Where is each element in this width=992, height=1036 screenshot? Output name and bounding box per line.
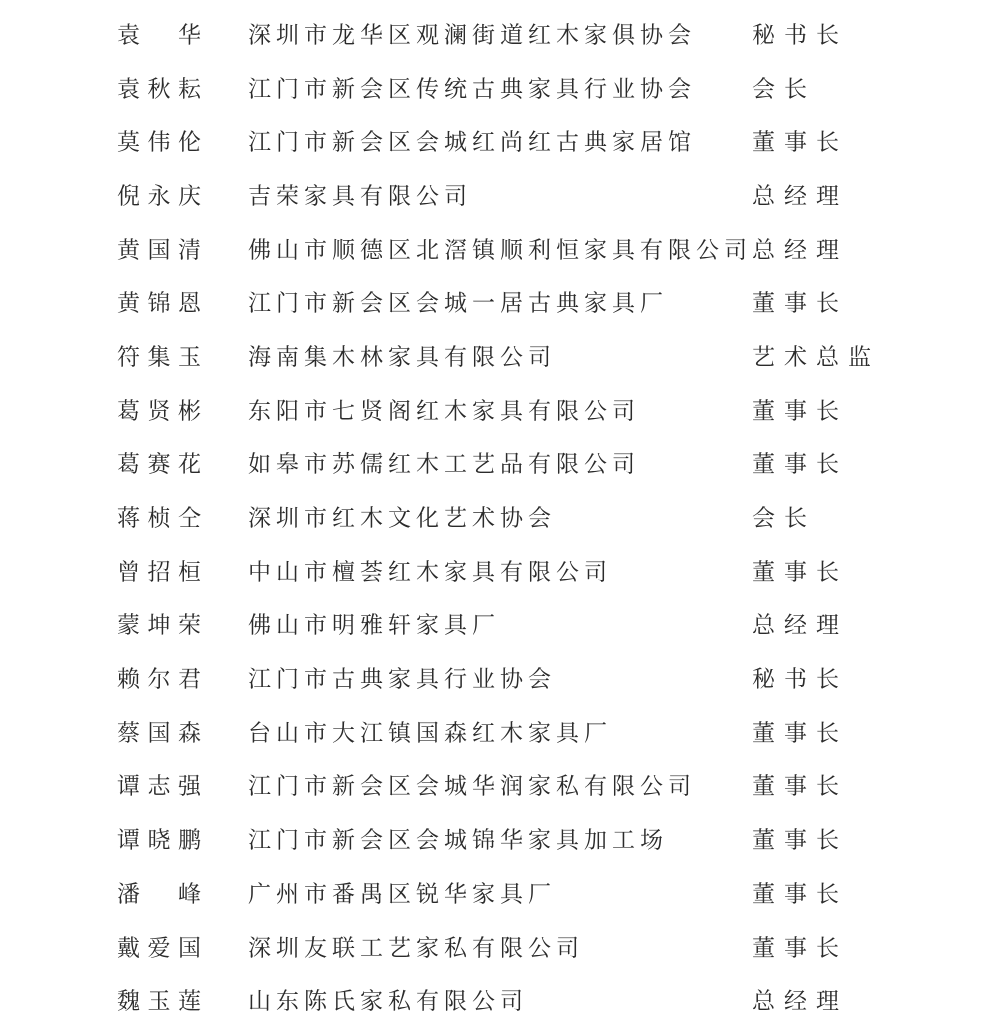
roster-row: 蒋桢仝 深圳市红木文化艺术协会 会长 <box>0 489 992 543</box>
roster-list: 袁华 深圳市龙华区观澜街道红木家俱协会 秘书长 袁秋耘 江门市新会区传统古典家具… <box>0 6 992 1026</box>
member-organization: 吉荣家具有限公司 <box>248 177 472 210</box>
member-title: 总经理 <box>752 983 848 1016</box>
roster-row: 符集玉 海南集木林家具有限公司 艺术总监 <box>0 328 992 382</box>
member-name: 赖尔君 <box>117 661 201 694</box>
member-name: 葛贤彬 <box>117 392 201 425</box>
member-title: 董事长 <box>752 553 848 586</box>
member-title: 秘书长 <box>752 661 848 694</box>
member-title: 董事长 <box>752 392 848 425</box>
member-organization: 海南集木林家具有限公司 <box>248 338 556 371</box>
member-organization: 如皋市苏儒红木工艺品有限公司 <box>248 446 640 479</box>
member-name: 葛赛花 <box>117 446 201 479</box>
member-name: 谭志强 <box>117 768 201 801</box>
member-title: 董事长 <box>752 446 848 479</box>
member-name: 蒋桢仝 <box>117 500 201 533</box>
member-organization: 江门市新会区会城锦华家具加工场 <box>248 822 668 855</box>
member-organization: 江门市新会区传统古典家具行业协会 <box>248 70 696 103</box>
member-title: 董事长 <box>752 124 848 157</box>
member-title: 会长 <box>752 70 816 103</box>
member-title: 董事长 <box>752 768 848 801</box>
member-name: 黄锦恩 <box>117 285 201 318</box>
member-name: 潘峰 <box>117 875 201 908</box>
member-name: 戴爱国 <box>117 929 201 962</box>
roster-row: 袁秋耘 江门市新会区传统古典家具行业协会 会长 <box>0 60 992 114</box>
member-organization: 佛山市明雅轩家具厂 <box>248 607 500 640</box>
member-organization: 江门市新会区会城红尚红古典家居馆 <box>248 124 696 157</box>
member-title: 董事长 <box>752 822 848 855</box>
roster-row: 谭志强 江门市新会区会城华润家私有限公司 董事长 <box>0 758 992 812</box>
member-organization: 台山市大江镇国森红木家具厂 <box>248 714 612 747</box>
member-name: 袁华 <box>117 16 201 49</box>
member-title: 董事长 <box>752 285 848 318</box>
member-organization: 中山市檀荟红木家具有限公司 <box>248 553 612 586</box>
member-title: 艺术总监 <box>752 338 880 371</box>
member-title: 总经理 <box>752 607 848 640</box>
member-title: 总经理 <box>752 231 848 264</box>
member-name: 蒙坤荣 <box>117 607 201 640</box>
roster-row: 戴爱国 深圳友联工艺家私有限公司 董事长 <box>0 919 992 973</box>
member-name: 黄国清 <box>117 231 201 264</box>
member-name: 谭晓鹏 <box>117 822 201 855</box>
roster-row: 曾招桓 中山市檀荟红木家具有限公司 董事长 <box>0 543 992 597</box>
member-organization: 江门市新会区会城一居古典家具厂 <box>248 285 668 318</box>
member-organization: 佛山市顺德区北滘镇顺利恒家具有限公司 <box>248 231 752 264</box>
member-title: 董事长 <box>752 929 848 962</box>
member-name: 魏玉莲 <box>117 983 201 1016</box>
roster-row: 赖尔君 江门市古典家具行业协会 秘书长 <box>0 650 992 704</box>
member-name: 莫伟伦 <box>117 124 201 157</box>
member-organization: 江门市古典家具行业协会 <box>248 661 556 694</box>
member-organization: 深圳市红木文化艺术协会 <box>248 500 556 533</box>
member-organization: 山东陈氏家私有限公司 <box>248 983 528 1016</box>
member-organization: 深圳市龙华区观澜街道红木家俱协会 <box>248 16 696 49</box>
roster-row: 谭晓鹏 江门市新会区会城锦华家具加工场 董事长 <box>0 811 992 865</box>
member-name: 蔡国森 <box>117 714 201 747</box>
roster-row: 葛赛花 如皋市苏儒红木工艺品有限公司 董事长 <box>0 436 992 490</box>
roster-row: 魏玉莲 山东陈氏家私有限公司 总经理 <box>0 972 992 1026</box>
member-name: 曾招桓 <box>117 553 201 586</box>
roster-row: 蔡国森 台山市大江镇国森红木家具厂 董事长 <box>0 704 992 758</box>
member-organization: 江门市新会区会城华润家私有限公司 <box>248 768 696 801</box>
member-title: 秘书长 <box>752 16 848 49</box>
roster-row: 倪永庆 吉荣家具有限公司 总经理 <box>0 167 992 221</box>
member-title: 总经理 <box>752 177 848 210</box>
member-name: 袁秋耘 <box>117 70 201 103</box>
member-name: 倪永庆 <box>117 177 201 210</box>
member-title: 董事长 <box>752 875 848 908</box>
roster-row: 袁华 深圳市龙华区观澜街道红木家俱协会 秘书长 <box>0 6 992 60</box>
roster-row: 莫伟伦 江门市新会区会城红尚红古典家居馆 董事长 <box>0 113 992 167</box>
document-page: 袁华 深圳市龙华区观澜街道红木家俱协会 秘书长 袁秋耘 江门市新会区传统古典家具… <box>0 0 992 1036</box>
roster-row: 蒙坤荣 佛山市明雅轩家具厂 总经理 <box>0 597 992 651</box>
roster-row: 黄国清 佛山市顺德区北滘镇顺利恒家具有限公司 总经理 <box>0 221 992 275</box>
roster-row: 黄锦恩 江门市新会区会城一居古典家具厂 董事长 <box>0 274 992 328</box>
roster-row: 葛贤彬 东阳市七贤阁红木家具有限公司 董事长 <box>0 382 992 436</box>
member-organization: 东阳市七贤阁红木家具有限公司 <box>248 392 640 425</box>
member-organization: 深圳友联工艺家私有限公司 <box>248 929 584 962</box>
member-title: 会长 <box>752 500 816 533</box>
member-name: 符集玉 <box>117 338 201 371</box>
member-organization: 广州市番禺区锐华家具厂 <box>248 875 556 908</box>
roster-row: 潘峰 广州市番禺区锐华家具厂 董事长 <box>0 865 992 919</box>
member-title: 董事长 <box>752 714 848 747</box>
